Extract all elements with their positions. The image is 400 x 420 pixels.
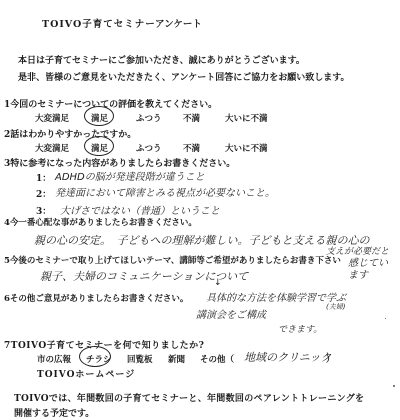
q7-other-answer: 地域のクリニック xyxy=(244,349,331,365)
q7-option-circular[interactable]: 回覧板 xyxy=(127,353,153,365)
q7-close-paren: ） xyxy=(326,353,335,365)
q2-selection-circle xyxy=(84,136,114,156)
q6-answer-line-2: 講演会をご構成 xyxy=(196,306,266,321)
question-1-text: 1今回のセミナーについての評価を教えてください。 xyxy=(4,97,217,110)
q1-option-very-dissatisfied[interactable]: 大いに不満 xyxy=(225,112,268,124)
scan-speck xyxy=(385,318,386,319)
q6-answer-line-3: できます。 xyxy=(278,322,322,335)
q6-arrow: ↓ xyxy=(214,278,222,288)
q2-option-very-dissatisfied[interactable]: 大いに不満 xyxy=(225,142,268,154)
footer-line-1: TOIVOでは、年間数回の子育てセミナーと、年間数回のペアレントトレーニングを xyxy=(14,391,364,404)
q7-selection-circle xyxy=(79,346,111,367)
q1-option-very-satisfied[interactable]: 大変満足 xyxy=(35,112,69,124)
q7-option-other[interactable]: その他（ xyxy=(200,353,234,365)
footer-line-2: 開催する予定です。 xyxy=(14,406,94,419)
question-6-text: 6その他ご意見がありましたらお書きください。 xyxy=(4,292,188,304)
q3-answer-2-handwriting: 発達面において障害とみる視点が必要ないこと。 xyxy=(55,184,275,199)
question-4-text: 4今一番心配な事がありましたらお書きください。 xyxy=(4,216,197,228)
q2-option-neutral[interactable]: ふつう xyxy=(136,142,162,154)
q3-answer-2-number: 2： xyxy=(36,187,51,200)
q7-option-city-newsletter[interactable]: 市の広報 xyxy=(37,353,71,365)
survey-title: TOIVO子育てセミナー xyxy=(42,16,156,30)
q2-option-dissatisfied[interactable]: 不満 xyxy=(183,142,200,154)
question-5-text: 5今後のセミナーで取り上げてほしいテーマ、講師等ご希望がありましたらお書き下さい xyxy=(4,254,341,266)
q1-option-dissatisfied[interactable]: 不満 xyxy=(183,112,200,124)
q6-answer-line-1: 具体的な方法を体験学習で学ぶ xyxy=(206,289,346,304)
q6-answer-note: (夫婦) xyxy=(326,302,345,312)
intro-line-1: 本日は子育てセミナーにご参加いただき、誠にありがとうございます。 xyxy=(18,53,305,66)
q3-answer-1-handwriting: ADHDの脳が発達段階が違うこと xyxy=(55,168,205,183)
q3-answer-3-handwriting: 大げさではない（普通）ということ xyxy=(60,202,220,217)
q7-option-homepage[interactable]: TOIVOホームページ xyxy=(37,367,135,380)
q4-answer-line-3: 感じています xyxy=(348,258,388,282)
q7-option-newspaper[interactable]: 新聞 xyxy=(168,353,185,365)
question-2-text: 2話はわかりやすかったですか。 xyxy=(4,127,136,140)
q2-option-very-satisfied[interactable]: 大変満足 xyxy=(35,142,69,154)
scan-speck xyxy=(393,385,395,387)
q3-answer-1-number: 1： xyxy=(36,171,51,184)
q1-option-neutral[interactable]: ふつう xyxy=(136,112,162,124)
intro-line-2: 是非、皆様のご意見をいただきたく、アンケート回答にご協力をお願い致します。 xyxy=(18,70,350,83)
q1-selection-circle xyxy=(84,106,114,126)
survey-subtitle: アンケート xyxy=(155,16,202,30)
q4-answer-line-1: 親の心の安定。 子どもへの理解が難しい。子どもと支える親の心の xyxy=(34,232,370,248)
